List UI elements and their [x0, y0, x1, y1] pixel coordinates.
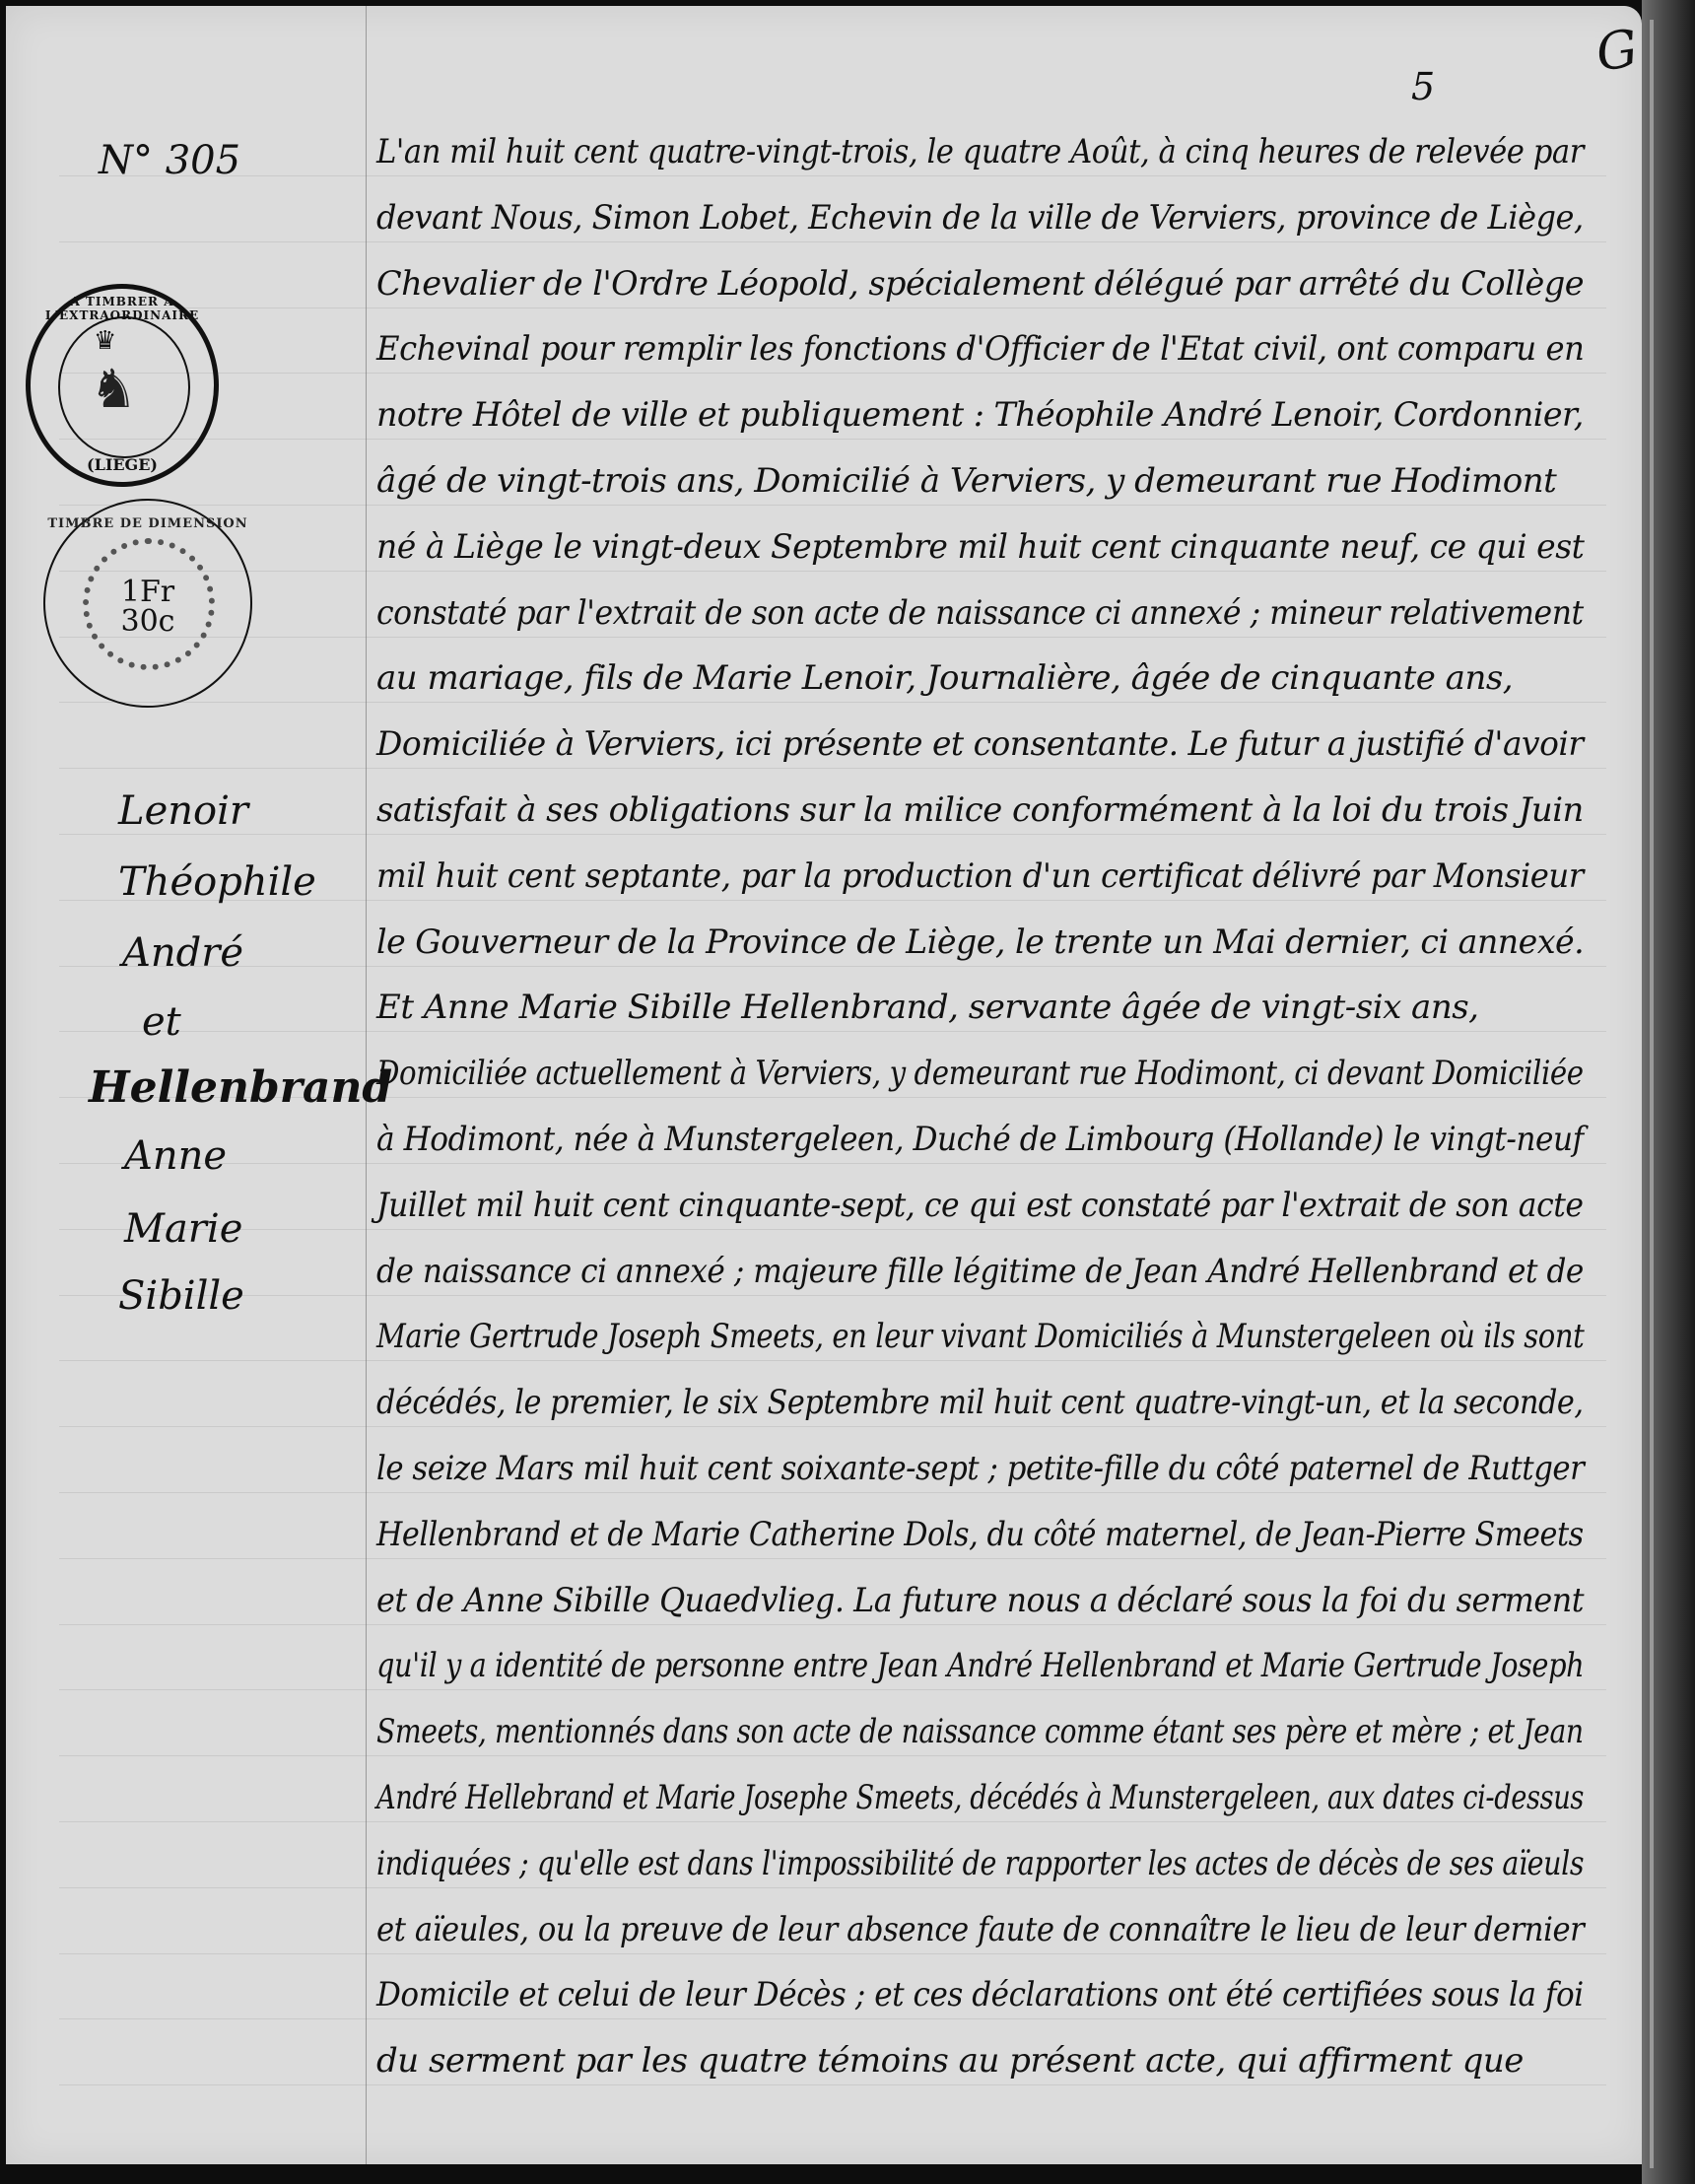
- text-line: Echevinal pour remplir les fonctions d'O…: [376, 329, 1584, 369]
- stamp-ring-text: TIMBRE DE DIMENSION: [45, 516, 250, 531]
- ruled-line: [59, 1492, 1606, 1493]
- ruled-line: [59, 1360, 1606, 1361]
- ruled-line: [59, 439, 1606, 440]
- text-line: notre Hôtel de ville et publiquement : T…: [376, 395, 1584, 435]
- ruled-line: [59, 966, 1606, 967]
- ruled-line: [59, 1426, 1606, 1427]
- text-line: et aïeules, ou la preuve de leur absence…: [376, 1910, 1584, 1949]
- stamp-value-francs: 1Fr: [45, 578, 250, 607]
- text-line: Marie Gertrude Joseph Smeets, en leur vi…: [376, 1317, 1584, 1356]
- ruled-line: [59, 1755, 1606, 1756]
- text-line: indiquées ; qu'elle est dans l'impossibi…: [376, 1844, 1584, 1883]
- ruled-line: [59, 1887, 1606, 1888]
- ruled-line: [59, 1689, 1606, 1690]
- act-number: N° 305: [99, 138, 240, 183]
- text-line: Domiciliée actuellement à Verviers, y de…: [376, 1054, 1584, 1093]
- text-line: au mariage, fils de Marie Lenoir, Journa…: [376, 658, 1513, 698]
- lion-icon: ♞: [90, 358, 137, 420]
- text-line: André Hellebrand et Marie Josephe Smeets…: [376, 1778, 1584, 1817]
- margin-thirdname-bride: Sibille: [118, 1273, 244, 1319]
- text-line: Hellenbrand et de Marie Catherine Dols, …: [376, 1515, 1584, 1554]
- text-line: Et Anne Marie Sibille Hellenbrand, serva…: [376, 988, 1478, 1027]
- ruled-line: [59, 505, 1606, 506]
- text-line: le seize Mars mil huit cent soixante-sep…: [376, 1449, 1584, 1488]
- stamp-value: 1Fr 30c: [45, 578, 250, 637]
- folio-mark: G: [1593, 19, 1641, 83]
- ruled-line: [59, 1558, 1606, 1559]
- crown-icon: ♛: [94, 326, 116, 356]
- stamp-bottom-text: (LIEGE): [31, 455, 214, 474]
- margin-firstname-bride: Anne: [124, 1133, 227, 1179]
- text-line: âgé de vingt-trois ans, Domicilié à Verv…: [376, 461, 1556, 501]
- stamp-timbre-de-dimension: TIMBRE DE DIMENSION 1Fr 30c: [43, 499, 252, 708]
- text-line: L'an mil huit cent quatre-vingt-trois, l…: [376, 132, 1584, 171]
- ruled-line: [59, 1229, 1606, 1230]
- text-line: constaté par l'extrait de son acte de na…: [376, 593, 1584, 633]
- margin-secondname-bride: Marie: [124, 1206, 242, 1252]
- stamp-value-centimes: 30c: [45, 607, 250, 637]
- text-line: du serment par les quatre témoins au pré…: [376, 2041, 1524, 2081]
- margin-surname-groom: Lenoir: [118, 788, 248, 834]
- ruled-line: [59, 702, 1606, 703]
- text-line: à Hodimont, née à Munstergeleen, Duché d…: [376, 1120, 1584, 1159]
- ruled-line: [59, 241, 1606, 242]
- ruled-line: [59, 307, 1606, 308]
- text-line: Domicile et celui de leur Décès ; et ces…: [376, 1975, 1584, 2014]
- ruled-line: [59, 1031, 1606, 1032]
- ruled-line: [59, 834, 1606, 835]
- text-line: né à Liège le vingt-deux Septembre mil h…: [376, 527, 1584, 567]
- text-line: Domiciliée à Verviers, ici présente et c…: [376, 724, 1584, 764]
- text-line: Juillet mil huit cent cinquante-sept, ce…: [376, 1186, 1584, 1225]
- margin-surname-bride: Hellenbrand: [89, 1062, 392, 1113]
- stamp-timbre-extraordinaire: A TIMBRER A L'EXTRAORDINAIRE ♛ ♞ (LIEGE): [26, 284, 219, 487]
- text-line: devant Nous, Simon Lobet, Echevin de la …: [376, 198, 1584, 238]
- text-line: qu'il y a identité de personne entre Jea…: [376, 1646, 1584, 1685]
- ruled-line: [59, 571, 1606, 572]
- ruled-line: [59, 768, 1606, 769]
- margin-middlename-groom: André: [122, 930, 243, 976]
- ruled-line: [59, 637, 1606, 638]
- ruled-line: [59, 1624, 1606, 1625]
- text-line: de naissance ci annexé ; majeure fille l…: [376, 1252, 1584, 1291]
- text-line: décédés, le premier, le six Septembre mi…: [376, 1383, 1584, 1422]
- text-line: satisfait à ses obligations sur la milic…: [376, 790, 1584, 830]
- ruled-line: [59, 1295, 1606, 1296]
- ruled-line: [59, 373, 1606, 374]
- text-line: le Gouverneur de la Province de Liège, l…: [376, 922, 1584, 962]
- margin-conjunction: et: [142, 999, 181, 1045]
- margin-firstname-groom: Théophile: [118, 859, 316, 905]
- text-line: mil huit cent septante, par la productio…: [376, 856, 1584, 896]
- page-number: 5: [1411, 65, 1435, 108]
- ruled-line: [59, 1953, 1606, 1954]
- text-line: Chevalier de l'Ordre Léopold, spécialeme…: [376, 264, 1584, 304]
- ruled-line: [59, 2018, 1606, 2019]
- text-line: et de Anne Sibille Quaedvlieg. La future…: [376, 1581, 1584, 1620]
- book-binding: [1642, 0, 1695, 2184]
- ruled-line: [59, 175, 1606, 176]
- ruled-line: [59, 2084, 1606, 2085]
- text-line: Smeets, mentionnés dans son acte de nais…: [376, 1712, 1584, 1751]
- ruled-line: [59, 1163, 1606, 1164]
- ruled-line: [59, 1821, 1606, 1822]
